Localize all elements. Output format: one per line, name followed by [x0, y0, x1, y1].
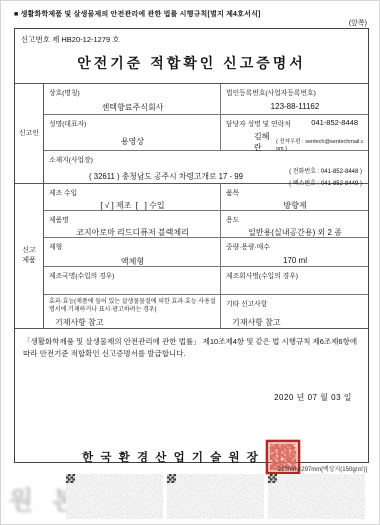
applicant-section: 신고인 상호(명칭) 센텍향료주식회사 법인등록번호(사업자등록번호) 123-… — [15, 84, 368, 184]
product-group-label-line2: 제품 — [22, 256, 36, 266]
volume-label: 중량·용량·매수 — [226, 241, 364, 251]
issuing-authority: 한 국 환 경 산 업 기 술 원 장 — [82, 449, 260, 465]
product-name-value: 코지아로마 리드디퓨저 블랙체리 — [49, 227, 216, 238]
row-origin: 제조국명(수입의 경우) 제조회사명(수입의 경우) — [44, 267, 368, 295]
contact-label: 담당자 성명 및 연락처 — [226, 118, 291, 128]
origin-country-label: 제조국명(수입의 경우) — [49, 270, 216, 280]
barcode-finder-icon — [268, 474, 277, 483]
business-phone: ( 전화번호 : 041-852-8448 ) — [289, 166, 362, 175]
report-number: 신고번호 제 HB20-12-1279 호 — [15, 29, 368, 47]
row-manufacture-import: 제조 수입 [ √ ] 제조 [ ] 수입 품목 방향제 — [44, 184, 368, 211]
product-section: 신고 제품 제조 수입 [ √ ] 제조 [ ] 수입 품목 방향제 — [15, 184, 368, 329]
other-report-label: 기타 신고사항 — [226, 298, 364, 308]
row-representative: 성명(대표자) 용영상 담당자 성명 및 연락처 041-852-8448 김혜… — [44, 115, 368, 151]
registration-number-value: 123-88-11162 — [226, 102, 364, 111]
representative-label: 성명(대표자) — [49, 118, 216, 128]
manufacture-import-cell: 제조 수입 [ √ ] 제조 [ ] 수입 — [44, 184, 221, 210]
effects-cell: 효과·효능(제품에 들어 있는 살생물물질에 의한 효과·효능 사용설명서에 기… — [44, 295, 221, 328]
certificate-footer: 2020 년 07 월 03 일 한 국 환 경 산 업 기 술 원 장 — [15, 366, 368, 478]
product-group-label-line1: 신고 — [22, 246, 36, 256]
registration-number-cell: 법인등록번호(사업자등록번호) 123-88-11162 — [221, 84, 368, 114]
origin-country-cell: 제조국명(수입의 경우) — [44, 267, 221, 294]
barcode-block-3 — [268, 474, 365, 519]
applicant-group-label: 신고인 — [15, 84, 44, 183]
row-formulation: 제형 액체형 중량·용량·매수 170 ml — [44, 238, 368, 267]
product-name-label: 제품명 — [49, 214, 216, 224]
registration-number-label: 법인등록번호(사업자등록번호) — [226, 87, 364, 97]
row-address: 소재지(사업장) ( 32611 ) 충청남도 공주시 차령고개로 17 - 9… — [44, 151, 368, 183]
formulation-cell: 제형 액체형 — [44, 238, 221, 266]
paper-spec-note: 210mm×297mm[백상지(150g/㎡)] — [278, 464, 367, 473]
effects-label: 효과·효능(제품에 들어 있는 살생물물질에 의한 효과·효능 사용설명서에 기… — [49, 298, 216, 314]
issue-date: 2020 년 07 월 03 일 — [274, 392, 352, 403]
row-effects: 효과·효능(제품에 들어 있는 살생물물질에 의한 효과·효능 사용설명서에 기… — [44, 295, 368, 328]
barcode-finder-icon — [167, 474, 176, 483]
origin-maker-label: 제조회사명(수입의 경우) — [226, 270, 364, 280]
barcode-block-2 — [167, 474, 264, 519]
manufacture-import-checkboxes: [ √ ] 제조 [ ] 수입 — [49, 200, 216, 211]
row-product-name: 제품명 코지아로마 리드디퓨저 블랙체리 용도 일반용(실내공간용) 외 2 종 — [44, 211, 368, 238]
certificate-frame: 신고번호 제 HB20-12-1279 호 안전기준 적합확인 신고증명서 신고… — [14, 28, 369, 463]
origin-maker-cell: 제조회사명(수입의 경우) — [221, 267, 368, 294]
barcode-block-1 — [66, 474, 163, 519]
company-value: 센텍향료주식회사 — [49, 102, 216, 113]
company-cell: 상호(명칭) 센텍향료주식회사 — [44, 84, 221, 114]
usage-cell: 용도 일반용(실내공간용) 외 2 종 — [221, 211, 368, 237]
issuance-statement: 「생활화학제품 및 살생물제의 안전관리에 관한 법률」 제10조제4항 및 같… — [15, 329, 368, 366]
barcode-finder-icon — [66, 474, 75, 483]
product-group-label: 신고 제품 — [15, 184, 44, 328]
item-type-cell: 품목 방향제 — [221, 184, 368, 210]
volume-value: 170 ml — [226, 256, 364, 265]
other-report-value: 기재사항 참고 — [232, 317, 364, 328]
other-report-cell: 기타 신고사항 기재사항 참고 — [221, 295, 368, 328]
manufacture-import-label: 제조 수입 — [49, 187, 216, 197]
address-value: ( 32611 ) 충청남도 공주시 차령고개로 17 - 99 — [89, 171, 243, 182]
row-company: 상호(명칭) 센텍향료주식회사 법인등록번호(사업자등록번호) 123-88-1… — [44, 84, 368, 115]
effects-value: 기재사항 참고 — [55, 317, 216, 328]
address-cell: 소재지(사업장) ( 32611 ) 충청남도 공주시 차령고개로 17 - 9… — [44, 151, 368, 183]
usage-value: 일반용(실내공간용) 외 2 종 — [226, 227, 364, 238]
item-type-value: 방향제 — [226, 200, 364, 211]
contact-cell: 담당자 성명 및 연락처 041-852-8448 김혜란 ( 전자우편 : s… — [221, 115, 368, 150]
item-type-label: 품목 — [226, 187, 364, 197]
certificate-table: 신고인 상호(명칭) 센텍향료주식회사 법인등록번호(사업자등록번호) 123-… — [15, 83, 368, 329]
formulation-value: 액체형 — [49, 256, 216, 267]
product-name-cell: 제품명 코지아로마 리드디퓨저 블랙체리 — [44, 211, 221, 237]
company-label: 상호(명칭) — [49, 87, 216, 97]
contact-phone: 041-852-8448 — [311, 118, 358, 127]
representative-cell: 성명(대표자) 용영상 — [44, 115, 221, 150]
representative-value: 용영상 — [49, 136, 216, 147]
document-title: 안전기준 적합확인 신고증명서 — [15, 53, 368, 73]
regulation-note: ■ 생활화학제품 및 살생물제의 안전관리에 관한 법률 시행규칙[별지 제4호… — [14, 9, 261, 19]
address-label: 소재지(사업장) — [49, 154, 364, 164]
formulation-label: 제형 — [49, 241, 216, 251]
page-side-label: (앞쪽) — [349, 18, 367, 28]
certificate-document: ■ 생활화학제품 및 살생물제의 안전관리에 관한 법률 시행규칙[별지 제4호… — [0, 0, 380, 525]
contact-name: 김혜란 — [254, 131, 276, 153]
volume-cell: 중량·용량·매수 170 ml — [221, 238, 368, 266]
usage-label: 용도 — [226, 214, 364, 224]
